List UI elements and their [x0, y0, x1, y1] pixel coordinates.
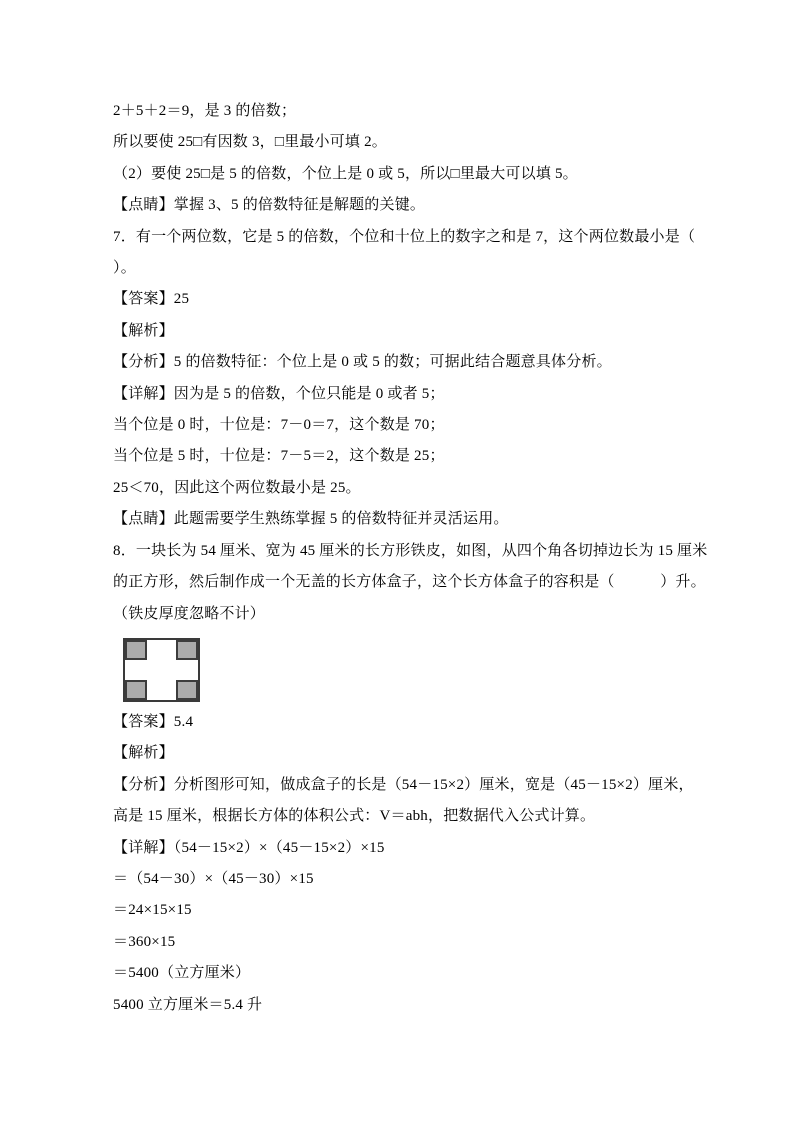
cut-corner-square-top-right — [176, 640, 198, 660]
q8-unit-conversion-line: 5400 立方厘米＝5.4 升 — [113, 990, 733, 1021]
q7-summary-line: 【点睛】此题需要学生熟练掌握 5 的倍数特征并灵活运用。 — [113, 504, 733, 535]
q7-analysis-header-line: 【解析】 — [113, 316, 733, 347]
q7-question-line: 7．有一个两位数，它是 5 的倍数，个位和十位上的数字之和是 7，这个两位数最小… — [113, 222, 733, 253]
q7-detail-line-2: 当个位是 0 时，十位是：7－0＝7，这个数是 70； — [113, 410, 733, 441]
q8-detail-step-1-line: 【详解】（54－15×2）×（45－15×2）×15 — [113, 833, 733, 864]
q8-answer-line: 【答案】5.4 — [113, 707, 733, 738]
q7-question-cont-line: ）。 — [113, 253, 733, 284]
q8-question-cont-line: 的正方形，然后制作成一个无盖的长方体盒子，这个长方体盒子的容积是（ ）升。 — [113, 567, 733, 598]
q8-analysis-header-line: 【解析】 — [113, 738, 733, 769]
q6-detail-sum-line: 2＋5＋2＝9，是 3 的倍数； — [113, 96, 733, 127]
q6-detail-min-fill-line: 所以要使 25□有因数 3，□里最小可填 2。 — [113, 127, 733, 158]
q6-summary-line: 【点睛】掌握 3、5 的倍数特征是解题的关键。 — [113, 190, 733, 221]
q8-question-note-line: （铁皮厚度忽略不计） — [113, 599, 733, 630]
q7-detail-line-4: 25＜70，因此这个两位数最小是 25。 — [113, 473, 733, 504]
q7-analysis-line: 【分析】5 的倍数特征：个位上是 0 或 5 的数；可据此结合题意具体分析。 — [113, 347, 733, 378]
q7-detail-line-1: 【详解】因为是 5 的倍数，个位只能是 0 或者 5； — [113, 379, 733, 410]
document-content: 2＋5＋2＝9，是 3 的倍数； 所以要使 25□有因数 3，□里最小可填 2。… — [113, 96, 733, 1021]
cut-corner-square-top-left — [125, 640, 147, 660]
q7-detail-line-3: 当个位是 5 时，十位是：7－5＝2，这个数是 25； — [113, 441, 733, 472]
q8-analysis-cont-line: 高是 15 厘米，根据长方体的体积公式：V＝abh，把数据代入公式计算。 — [113, 801, 733, 832]
q8-detail-step-4-line: ＝360×15 — [113, 927, 733, 958]
q8-question-line: 8．一块长为 54 厘米、宽为 45 厘米的长方形铁皮，如图，从四个角各切掉边长… — [113, 536, 733, 567]
q7-answer-line: 【答案】25 — [113, 284, 733, 315]
q8-analysis-line: 【分析】分析图形可知，做成盒子的长是（54－15×2）厘米，宽是（45－15×2… — [113, 770, 733, 801]
q8-detail-step-3-line: ＝24×15×15 — [113, 895, 733, 926]
cut-corner-square-bottom-left — [125, 680, 147, 700]
q8-detail-step-5-line: ＝5400（立方厘米） — [113, 958, 733, 989]
document-page: 2＋5＋2＝9，是 3 的倍数； 所以要使 25□有因数 3，□里最小可填 2。… — [0, 0, 794, 1123]
q8-tin-sheet-figure — [123, 638, 200, 702]
q8-detail-step-2-line: ＝（54－30）×（45－30）×15 — [113, 864, 733, 895]
q6-detail-part2-line: （2）要使 25□是 5 的倍数，个位上是 0 或 5，所以□里最大可以填 5。 — [113, 159, 733, 190]
cut-corner-square-bottom-right — [176, 680, 198, 700]
